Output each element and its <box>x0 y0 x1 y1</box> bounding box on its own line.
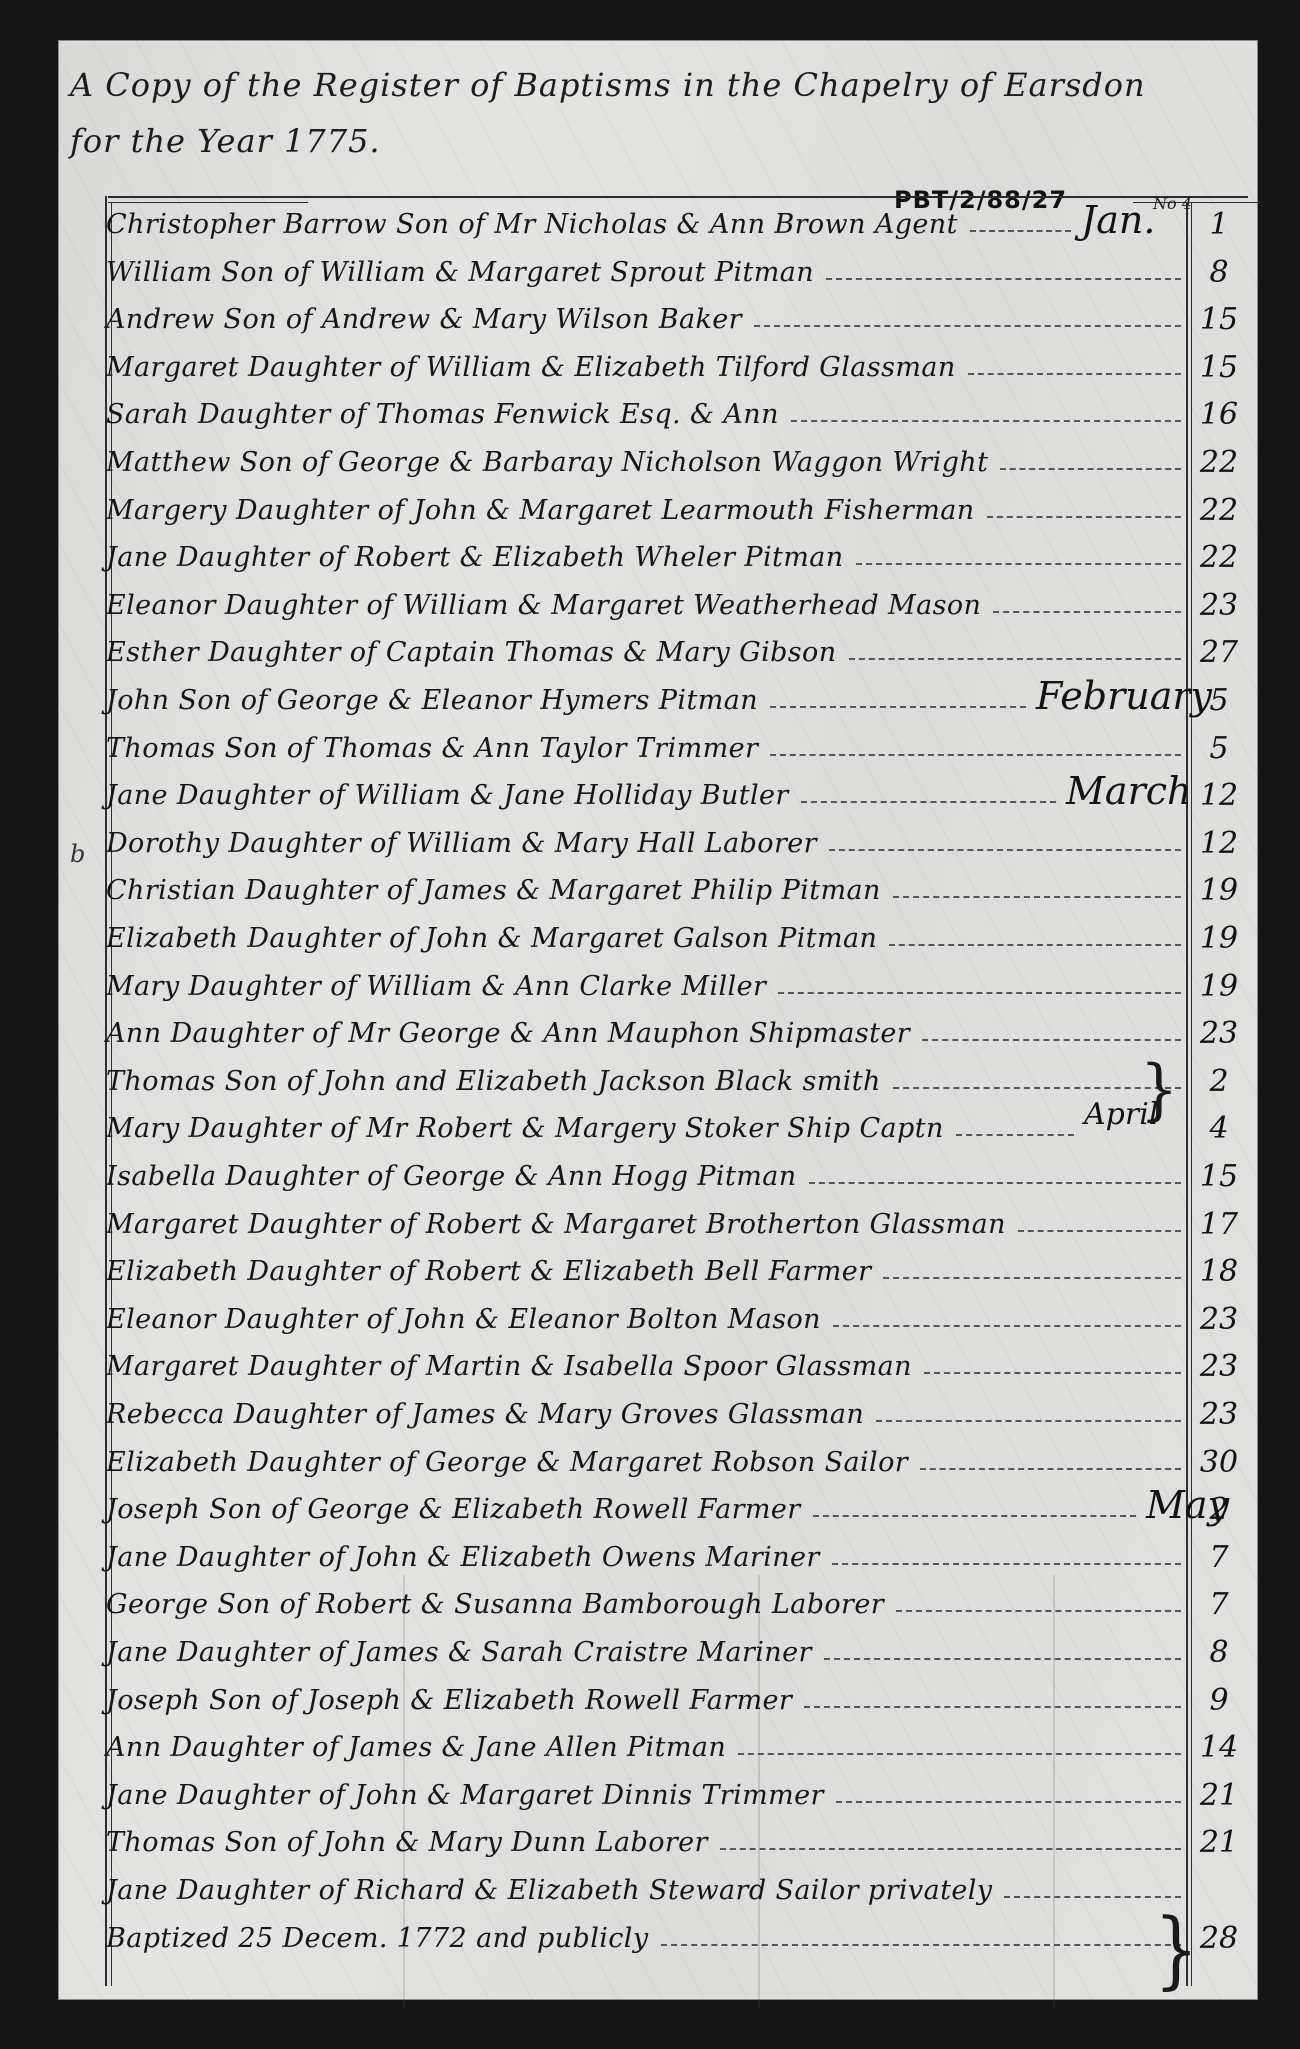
entry-text: Matthew Son of George & Barbaray Nichols… <box>106 447 988 478</box>
page-title-line-2: for the Year 1775. <box>70 122 381 160</box>
leader-dashes <box>720 1848 1181 1850</box>
register-entry-row: Eleanor Daughter of John & Eleanor Bolto… <box>106 1293 1246 1341</box>
leader-dashes <box>849 658 1181 660</box>
leader-dashes <box>836 1801 1181 1803</box>
leader-dashes <box>922 1039 1181 1041</box>
register-entry-row: Jane Daughter of James & Sarah Craistre … <box>106 1626 1246 1674</box>
entry-text: Sarah Daughter of Thomas Fenwick Esq. & … <box>106 399 779 430</box>
entry-text: Margery Daughter of John & Margaret Lear… <box>106 495 975 526</box>
entry-text: Baptized 25 Decem. 1772 and publicly <box>106 1923 649 1954</box>
leader-dashes <box>970 230 1071 232</box>
entry-text: Eleanor Daughter of William & Margaret W… <box>106 590 981 621</box>
baptism-day: 21 <box>1194 1825 1244 1860</box>
register-entry-row: Thomas Son of John and Elizabeth Jackson… <box>106 1055 1246 1103</box>
leader-dashes <box>738 1753 1181 1755</box>
baptism-day: 1 <box>1194 207 1244 242</box>
leader-dashes <box>987 516 1181 518</box>
leader-dashes <box>1004 1896 1181 1898</box>
baptism-day: 7 <box>1194 1540 1244 1575</box>
register-entry-row: Jane Daughter of Robert & Elizabeth Whel… <box>106 531 1246 579</box>
register-entry-row: Thomas Son of Thomas & Ann Taylor Trimme… <box>106 722 1246 770</box>
register-entry-row: Joseph Son of George & Elizabeth Rowell … <box>106 1483 1246 1531</box>
leader-dashes <box>770 706 1026 708</box>
baptism-day: 17 <box>1194 1207 1244 1242</box>
baptism-day: 28 <box>1194 1921 1244 1956</box>
entry-text: Joseph Son of George & Elizabeth Rowell … <box>106 1494 801 1525</box>
entry-text: Margaret Daughter of Robert & Margaret B… <box>106 1209 1006 1240</box>
register-entry-row: Christian Daughter of James & Margaret P… <box>106 864 1246 912</box>
leader-dashes <box>770 754 1181 756</box>
entry-text: Jane Daughter of William & Jane Holliday… <box>106 780 789 811</box>
entry-text: Esther Daughter of Captain Thomas & Mary… <box>106 637 837 668</box>
register-entry-row: Elizabeth Daughter of John & Margaret Ga… <box>106 912 1246 960</box>
baptism-day: 15 <box>1194 1159 1244 1194</box>
month-label: Jan. <box>1081 198 1155 242</box>
entry-text: Jane Daughter of James & Sarah Craistre … <box>106 1637 812 1668</box>
register-entry-row: Matthew Son of George & Barbaray Nichols… <box>106 436 1246 484</box>
leader-dashes <box>883 1277 1181 1279</box>
entry-text: Elizabeth Daughter of George & Margaret … <box>106 1447 908 1478</box>
register-entry-row: Jane Daughter of Richard & Elizabeth Ste… <box>106 1864 1246 1912</box>
leader-dashes <box>924 1372 1181 1374</box>
register-entry-row: Christopher Barrow Son of Mr Nicholas & … <box>106 198 1246 246</box>
baptism-day: 2 <box>1194 1492 1244 1527</box>
entry-text: Rebecca Daughter of James & Mary Groves … <box>106 1399 864 1430</box>
register-entry-row: Margaret Daughter of William & Elizabeth… <box>106 341 1246 389</box>
leader-dashes <box>824 1658 1181 1660</box>
leader-dashes <box>661 1944 1181 1946</box>
baptism-day: 7 <box>1194 1587 1244 1622</box>
entry-text: Thomas Son of Thomas & Ann Taylor Trimme… <box>106 733 758 764</box>
register-entry-row: George Son of Robert & Susanna Bamboroug… <box>106 1578 1246 1626</box>
leader-dashes <box>896 1610 1181 1612</box>
register-entry-row: Rebecca Daughter of James & Mary Groves … <box>106 1388 1246 1436</box>
register-entry-row: Margaret Daughter of Robert & Margaret B… <box>106 1198 1246 1246</box>
leader-dashes <box>956 1134 1074 1136</box>
baptism-day: 23 <box>1194 1302 1244 1337</box>
entry-text: Joseph Son of Joseph & Elizabeth Rowell … <box>106 1685 792 1716</box>
entry-text: Margaret Daughter of William & Elizabeth… <box>106 352 956 383</box>
register-entry-row: Dorothy Daughter of William & Mary Hall … <box>106 817 1246 865</box>
leader-dashes <box>826 278 1181 280</box>
register-entry-row: Isabella Daughter of George & Ann Hogg P… <box>106 1150 1246 1198</box>
register-entry-row: John Son of George & Eleanor Hymers Pitm… <box>106 674 1246 722</box>
leader-dashes <box>778 992 1181 994</box>
leader-dashes <box>893 1087 1181 1089</box>
baptism-day: 22 <box>1194 493 1244 528</box>
entry-text: Thomas Son of John and Elizabeth Jackson… <box>106 1066 881 1097</box>
baptism-day: 23 <box>1194 588 1244 623</box>
register-entry-row: Sarah Daughter of Thomas Fenwick Esq. & … <box>106 388 1246 436</box>
baptism-day: 19 <box>1194 921 1244 956</box>
register-entry-row: Esther Daughter of Captain Thomas & Mary… <box>106 626 1246 674</box>
leader-dashes <box>920 1468 1181 1470</box>
entry-text: George Son of Robert & Susanna Bamboroug… <box>106 1589 884 1620</box>
entry-text: Andrew Son of Andrew & Mary Wilson Baker <box>106 304 742 335</box>
entry-text: Ann Daughter of James & Jane Allen Pitma… <box>106 1732 726 1763</box>
leader-dashes <box>1000 468 1181 470</box>
baptism-day: 8 <box>1194 255 1244 290</box>
leader-dashes <box>804 1706 1181 1708</box>
register-entry-row: Andrew Son of Andrew & Mary Wilson Baker… <box>106 293 1246 341</box>
leader-dashes <box>993 611 1181 613</box>
baptism-day: 4 <box>1194 1111 1244 1146</box>
baptism-day: 15 <box>1194 350 1244 385</box>
baptism-day: 9 <box>1194 1683 1244 1718</box>
entry-text: Margaret Daughter of Martin & Isabella S… <box>106 1351 912 1382</box>
leader-dashes <box>833 1325 1181 1327</box>
register-entry-row: Margaret Daughter of Martin & Isabella S… <box>106 1340 1246 1388</box>
baptism-day: 12 <box>1194 826 1244 861</box>
entry-text: Thomas Son of John & Mary Dunn Laborer <box>106 1827 708 1858</box>
leader-dashes <box>968 373 1181 375</box>
entry-text: John Son of George & Eleanor Hymers Pitm… <box>106 685 758 716</box>
month-label: February <box>1036 674 1212 718</box>
leader-dashes <box>876 1420 1181 1422</box>
entry-text: Isabella Daughter of George & Ann Hogg P… <box>106 1161 797 1192</box>
entry-text: Jane Daughter of John & Margaret Dinnis … <box>106 1780 824 1811</box>
entry-text: Eleanor Daughter of John & Eleanor Bolto… <box>106 1304 821 1335</box>
baptism-day: 23 <box>1194 1397 1244 1432</box>
entry-text: Christopher Barrow Son of Mr Nicholas & … <box>106 209 958 240</box>
register-entry-row: Jane Daughter of John & Margaret Dinnis … <box>106 1769 1246 1817</box>
entry-text: Jane Daughter of John & Elizabeth Owens … <box>106 1542 820 1573</box>
baptism-day: 8 <box>1194 1635 1244 1670</box>
leader-dashes <box>813 1515 1136 1517</box>
baptism-day: 16 <box>1194 397 1244 432</box>
entry-text: Jane Daughter of Robert & Elizabeth Whel… <box>106 542 844 573</box>
register-entry-row: Ann Daughter of Mr George & Ann Mauphon … <box>106 1007 1246 1055</box>
entry-text: Christian Daughter of James & Margaret P… <box>106 875 881 906</box>
baptism-day: 2 <box>1194 1064 1244 1099</box>
leader-dashes <box>889 944 1181 946</box>
page-title-line-1: A Copy of the Register of Baptisms in th… <box>70 66 1146 104</box>
register-entry-row: Mary Daughter of Mr Robert & Margery Sto… <box>106 1102 1246 1150</box>
register-entry-row: Elizabeth Daughter of Robert & Elizabeth… <box>106 1245 1246 1293</box>
entry-text: Elizabeth Daughter of Robert & Elizabeth… <box>106 1256 871 1287</box>
register-entry-row: William Son of William & Margaret Sprout… <box>106 246 1246 294</box>
baptism-day: 19 <box>1194 873 1244 908</box>
entry-text: Jane Daughter of Richard & Elizabeth Ste… <box>106 1875 992 1906</box>
entry-text: Elizabeth Daughter of John & Margaret Ga… <box>106 923 877 954</box>
register-entry-row: Baptized 25 Decem. 1772 and publicly28 <box>106 1912 1246 1960</box>
leader-dashes <box>832 1563 1181 1565</box>
register-entry-row: Jane Daughter of John & Elizabeth Owens … <box>106 1531 1246 1579</box>
baptism-day: 21 <box>1194 1778 1244 1813</box>
leader-dashes <box>809 1182 1181 1184</box>
entry-text: Dorothy Daughter of William & Mary Hall … <box>106 828 817 859</box>
leader-dashes <box>791 420 1181 422</box>
leader-dashes <box>856 563 1181 565</box>
baptism-day: 22 <box>1194 445 1244 480</box>
baptism-day: 30 <box>1194 1445 1244 1480</box>
baptism-day: 14 <box>1194 1730 1244 1765</box>
register-page: A Copy of the Register of Baptisms in th… <box>58 40 1258 2000</box>
baptism-day: 12 <box>1194 778 1244 813</box>
register-entry-row: Elizabeth Daughter of George & Margaret … <box>106 1436 1246 1484</box>
leader-dashes <box>801 801 1056 803</box>
register-entry-row: Mary Daughter of William & Ann Clarke Mi… <box>106 960 1246 1008</box>
baptism-day: 15 <box>1194 302 1244 337</box>
margin-mark: b <box>70 840 85 868</box>
baptism-day: 5 <box>1194 731 1244 766</box>
bracket-brace: } <box>1140 1052 1178 1129</box>
leader-dashes <box>754 325 1181 327</box>
register-entry-row: Eleanor Daughter of William & Margaret W… <box>106 579 1246 627</box>
entry-text: Mary Daughter of Mr Robert & Margery Sto… <box>106 1113 944 1144</box>
bracket-brace: } <box>1154 1900 1199 1998</box>
register-entry-row: Joseph Son of Joseph & Elizabeth Rowell … <box>106 1674 1246 1722</box>
baptism-day: 23 <box>1194 1349 1244 1384</box>
baptism-day: 23 <box>1194 1016 1244 1051</box>
entry-text: Mary Daughter of William & Ann Clarke Mi… <box>106 971 766 1002</box>
register-entry-row: Margery Daughter of John & Margaret Lear… <box>106 484 1246 532</box>
leader-dashes <box>829 849 1181 851</box>
entry-text: Ann Daughter of Mr George & Ann Mauphon … <box>106 1018 910 1049</box>
register-entry-row: Jane Daughter of William & Jane Holliday… <box>106 769 1246 817</box>
baptism-day: 5 <box>1194 683 1244 718</box>
baptism-day: 18 <box>1194 1254 1244 1289</box>
entry-text: William Son of William & Margaret Sprout… <box>106 257 814 288</box>
register-entry-row: Thomas Son of John & Mary Dunn Laborer21 <box>106 1816 1246 1864</box>
baptism-day: 27 <box>1194 635 1244 670</box>
baptism-day: 22 <box>1194 540 1244 575</box>
month-label: March <box>1066 769 1192 813</box>
leader-dashes <box>1018 1230 1181 1232</box>
baptism-day: 19 <box>1194 969 1244 1004</box>
leader-dashes <box>893 896 1181 898</box>
register-entry-row: Ann Daughter of James & Jane Allen Pitma… <box>106 1721 1246 1769</box>
